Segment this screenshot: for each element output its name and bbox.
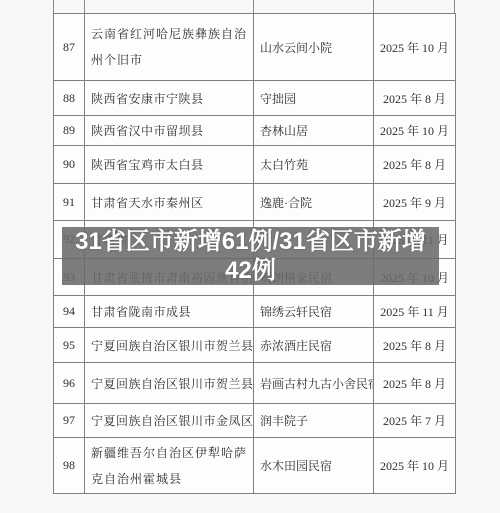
- table-row: 97 宁夏回族自治区银川市金凤区 润丰院子 2025 年 7 月: [54, 404, 456, 438]
- row-number-cell: 94: [54, 296, 85, 328]
- homestay-cell: 守拙园: [254, 81, 374, 116]
- homestay-cell: 太白竹苑: [254, 146, 374, 184]
- homestay-cell: 岩画古村九古小舍民宿: [254, 363, 374, 404]
- table-row: 88 陕西省安康市宁陕县 守拙园 2025 年 8 月: [54, 81, 456, 116]
- row-number-cell: 96: [54, 363, 85, 404]
- region-cell: 新疆维吾尔自治区伊犁哈萨克自治州霍城县: [85, 438, 254, 494]
- table-row: 91 甘肃省天水市秦州区 逸鹿·合院 2025 年 9 月: [54, 184, 456, 221]
- homestay-cell: 水木田园民宿: [254, 438, 374, 494]
- date-cell: 2025 年 8 月: [374, 146, 456, 184]
- row-number-cell: 88: [54, 81, 85, 116]
- row-number-cell: 95: [54, 328, 85, 363]
- region-cell: 宁夏回族自治区银川市金凤区: [85, 404, 254, 438]
- region-cell: 宁夏回族自治区银川市贺兰县: [85, 363, 254, 404]
- column-line-stub: [53, 0, 54, 13]
- document-page: 87 云南省红河哈尼族彝族自治州个旧市 山水云间小院 2025 年 10 月 8…: [0, 0, 500, 513]
- column-line-stub: [454, 0, 455, 13]
- row-number-cell: 91: [54, 184, 85, 221]
- region-cell: 宁夏回族自治区银川市贺兰县: [85, 328, 254, 363]
- date-cell: 2025 年 11 月: [374, 296, 456, 328]
- row-number-cell: 90: [54, 146, 85, 184]
- column-line-stub: [253, 0, 254, 13]
- region-cell: 陕西省安康市宁陕县: [85, 81, 254, 116]
- table-row: 96 宁夏回族自治区银川市贺兰县 岩画古村九古小舍民宿 2025 年 8 月: [54, 363, 456, 404]
- date-cell: 2025 年 10 月: [374, 14, 456, 81]
- region-cell: 甘肃省陇南市成县: [85, 296, 254, 328]
- region-cell: 甘肃省天水市秦州区: [85, 184, 254, 221]
- date-cell: 2025 年 7 月: [374, 404, 456, 438]
- row-number-cell: 89: [54, 116, 85, 146]
- date-cell: 2025 年 8 月: [374, 328, 456, 363]
- date-cell: 2025 年 10 月: [374, 438, 456, 494]
- date-cell: 2025 年 9 月: [374, 184, 456, 221]
- table-row: 90 陕西省宝鸡市太白县 太白竹苑 2025 年 8 月: [54, 146, 456, 184]
- homestay-cell: 赤浓酒庄民宿: [254, 328, 374, 363]
- homestay-cell: 山水云间小院: [254, 14, 374, 81]
- row-number-cell: 97: [54, 404, 85, 438]
- date-cell: 2025 年 8 月: [374, 363, 456, 404]
- news-caption-text: 31省区市新增61例/31省区市新增42例: [62, 227, 439, 285]
- date-cell: 2025 年 10 月: [374, 116, 456, 146]
- homestay-cell: 杏林山居: [254, 116, 374, 146]
- date-cell: 2025 年 8 月: [374, 81, 456, 116]
- column-line-stub: [84, 0, 85, 13]
- column-line-stub: [373, 0, 374, 13]
- table-row: 87 云南省红河哈尼族彝族自治州个旧市 山水云间小院 2025 年 10 月: [54, 14, 456, 81]
- news-caption-banner: 31省区市新增61例/31省区市新增42例: [62, 227, 439, 285]
- table-row: 98 新疆维吾尔自治区伊犁哈萨克自治州霍城县 水木田园民宿 2025 年 10 …: [54, 438, 456, 494]
- region-cell: 陕西省汉中市留坝县: [85, 116, 254, 146]
- homestay-cell: 锦绣云轩民宿: [254, 296, 374, 328]
- region-cell: 云南省红河哈尼族彝族自治州个旧市: [85, 14, 254, 81]
- table-row: 89 陕西省汉中市留坝县 杏林山居 2025 年 10 月: [54, 116, 456, 146]
- table-row: 94 甘肃省陇南市成县 锦绣云轩民宿 2025 年 11 月: [54, 296, 456, 328]
- homestay-cell: 润丰院子: [254, 404, 374, 438]
- homestay-cell: 逸鹿·合院: [254, 184, 374, 221]
- table-row: 95 宁夏回族自治区银川市贺兰县 赤浓酒庄民宿 2025 年 8 月: [54, 328, 456, 363]
- row-number-cell: 87: [54, 14, 85, 81]
- region-cell: 陕西省宝鸡市太白县: [85, 146, 254, 184]
- row-number-cell: 98: [54, 438, 85, 494]
